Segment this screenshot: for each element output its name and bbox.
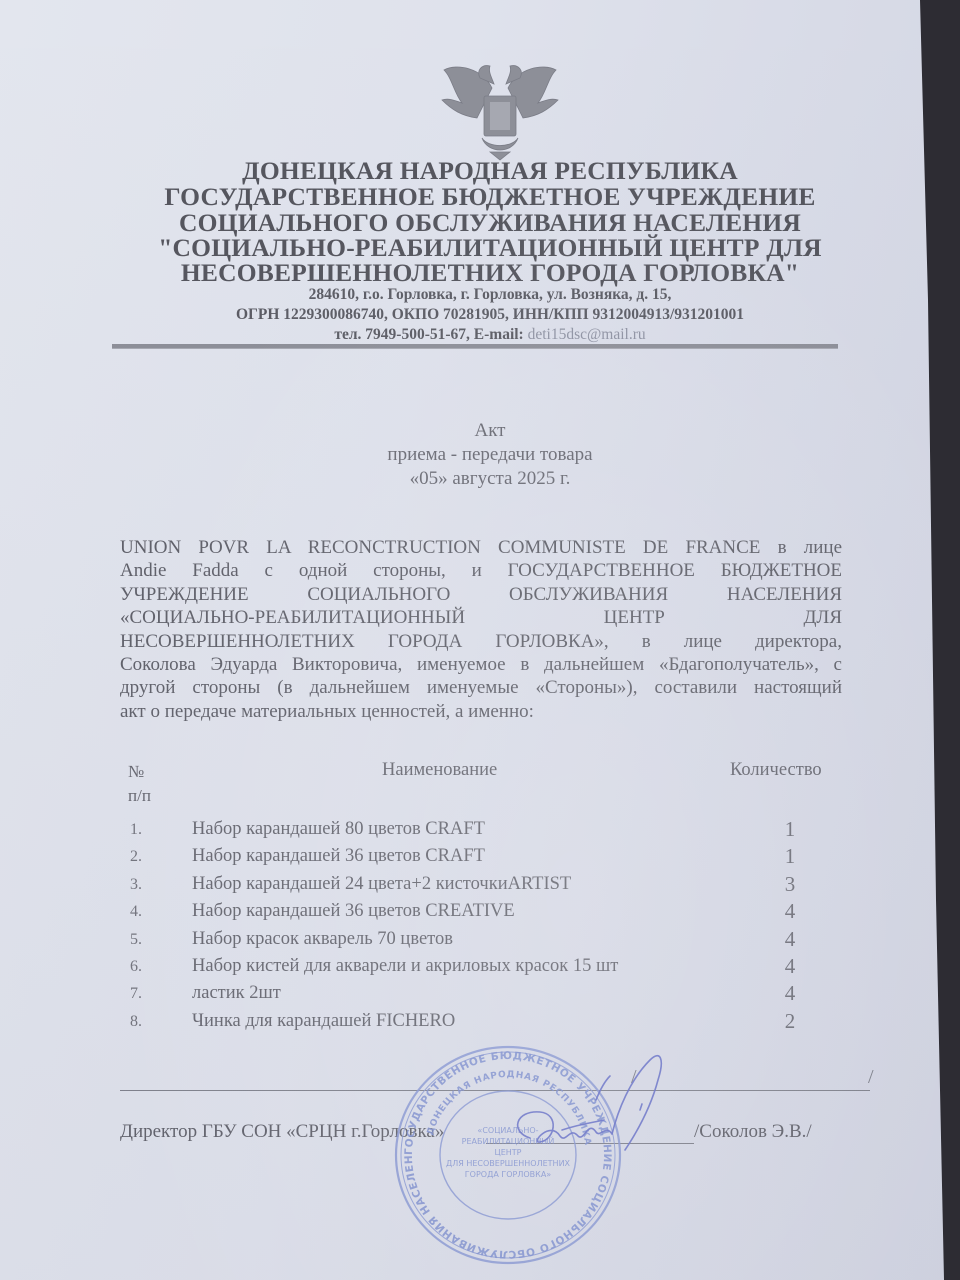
row-quantity: 4 [780, 980, 800, 1007]
row-quantity: 3 [780, 871, 800, 898]
row-number: 5. [130, 926, 142, 953]
act-paragraph: UNION POVR LA RECONCTRUCTION COMMUNISTE … [120, 536, 842, 723]
row-item-name: Набор кистей для акварели и акриловых кр… [192, 953, 618, 980]
table-row: 5.Набор красок акварель 70 цветов4 [120, 926, 860, 953]
header-phone: тел. 7949-500-51-67, E-mail: [334, 326, 527, 343]
header-email-link[interactable]: deti15dsc@mail.ru [528, 326, 646, 343]
header-org-line-5: НЕСОВЕРШЕННОЛЕТНИХ ГОРОДА ГОРЛОВКА" [100, 260, 880, 287]
row-number: 1. [130, 816, 142, 843]
paragraph-line: Соколова Эдуарда Викторовича, именуемое … [120, 653, 842, 676]
paragraph-line: акт о передаче материальных ценностей, а… [120, 700, 842, 723]
row-quantity: 1 [780, 816, 800, 843]
table-header: № п/п Наименование Количество [120, 760, 860, 816]
row-quantity: 2 [780, 1008, 800, 1035]
svg-text:ГОРОДА ГОРЛОВКА»: ГОРОДА ГОРЛОВКА» [465, 1170, 552, 1179]
table-row: 4.Набор карандашей 36 цветов CREATIVE4 [120, 898, 860, 925]
header-number-symbol: № [128, 760, 151, 784]
header-org-line-2: ГОСУДАРСТВЕННОЕ БЮДЖЕТНОЕ УЧРЕЖДЕНИЕ [100, 184, 880, 211]
paragraph-line: УЧРЕЖДЕНИЕ СОЦИАЛЬНОГО ОБСЛУЖИВАНИЯ НАСЕ… [120, 583, 842, 606]
handwritten-signature-icon [500, 1040, 700, 1170]
header-address: 284610, г.о. Горловка, г. Горловка, ул. … [100, 284, 880, 305]
row-number: 8. [130, 1008, 142, 1035]
row-item-name: Набор карандашей 80 цветов CRAFT [192, 816, 485, 843]
table-row: 7.ластик 2шт4 [120, 980, 860, 1007]
table-row: 2.Набор карандашей 36 цветов CRAFT1 [120, 843, 860, 870]
paper-sheet: ДОНЕЦКАЯ НАРОДНАЯ РЕСПУБЛИКА ГОСУДАРСТВЕ… [0, 0, 960, 1280]
signature-slash: / [868, 1066, 874, 1089]
header-quantity: Количество [730, 760, 822, 781]
header-name: Наименование [382, 760, 497, 781]
table-row: 6.Набор кистей для акварели и акриловых … [120, 953, 860, 980]
document-date: «05» августа 2025 г. [300, 466, 680, 491]
row-number: 7. [130, 980, 142, 1007]
row-quantity: 4 [780, 926, 800, 953]
paragraph-line: Andie Fadda с одной стороны, и ГОСУДАРСТ… [120, 559, 842, 582]
paragraph-line: другой стороны (в дальнейшем именуемые «… [120, 676, 842, 699]
row-quantity: 4 [780, 953, 800, 980]
row-number: 3. [130, 871, 142, 898]
document-subtitle: приема - передачи товара [300, 442, 680, 467]
row-item-name: Набор карандашей 36 цветов CREATIVE [192, 898, 515, 925]
paragraph-line: НЕСОВЕРШЕННОЛЕТНИХ ГОРОДА ГОРЛОВКА», в л… [120, 630, 842, 653]
row-item-name: Набор карандашей 36 цветов CRAFT [192, 843, 485, 870]
document-title: Акт [300, 418, 680, 443]
row-item-name: Набор красок акварель 70 цветов [192, 926, 453, 953]
table-row: 1.Набор карандашей 80 цветов CRAFT1 [120, 816, 860, 843]
table-row: 3.Набор карандашей 24 цвета+2 кисточкиAR… [120, 871, 860, 898]
row-item-name: Набор карандашей 24 цвета+2 кисточкиARTI… [192, 871, 571, 898]
emblem-icon [432, 48, 568, 166]
table-row: 8.Чинка для карандашей FICHERO2 [120, 1008, 860, 1035]
header-contacts: тел. 7949-500-51-67, E-mail: deti15dsc@m… [100, 324, 880, 345]
items-table: № п/п Наименование Количество 1.Набор ка… [120, 760, 860, 1035]
row-item-name: ластик 2шт [192, 980, 281, 1007]
row-number: 6. [130, 953, 142, 980]
row-number: 4. [130, 898, 142, 925]
header-divider [112, 344, 838, 348]
header-registry: ОГРН 1229300086740, ОКПО 70281905, ИНН/К… [100, 304, 880, 325]
table-body: 1.Набор карандашей 80 цветов CRAFT12.Наб… [120, 816, 860, 1035]
row-number: 2. [130, 843, 142, 870]
header-number: № п/п [128, 760, 151, 808]
paragraph-line: «СОЦИАЛЬНО-РЕАБИЛИТАЦИОННЫЙ ЦЕНТР ДЛЯ [120, 606, 842, 629]
header-number-abbrev: п/п [128, 784, 151, 808]
row-quantity: 4 [780, 898, 800, 925]
row-quantity: 1 [780, 843, 800, 870]
row-item-name: Чинка для карандашей FICHERO [192, 1008, 455, 1035]
header-org-line-1: ДОНЕЦКАЯ НАРОДНАЯ РЕСПУБЛИКА [100, 158, 880, 185]
paragraph-line: UNION POVR LA RECONCTRUCTION COMMUNISTE … [120, 536, 842, 559]
director-name: /Соколов Э.В./ [694, 1121, 812, 1143]
